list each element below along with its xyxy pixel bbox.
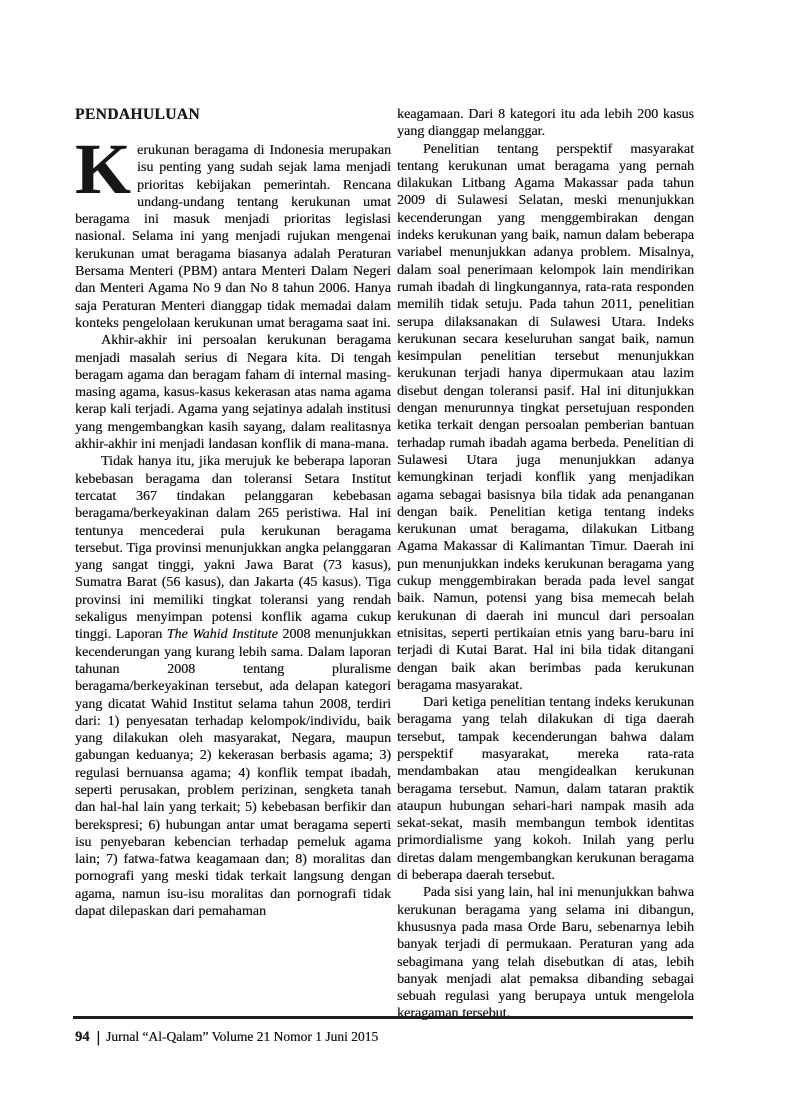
column-right: keagamaan. Dari 8 kategori itu ada lebih… [397, 106, 694, 1023]
drop-cap-letter: K [75, 144, 131, 196]
text-run: 2008 menunjukkan kecenderungan yang kura… [75, 627, 391, 919]
paragraph: Penelitian tentang perspektif masyarakat… [397, 141, 694, 695]
paragraph: Kerukunan beragama di Indonesia merupaka… [75, 142, 391, 332]
section-title: PENDAHULUAN [75, 106, 391, 123]
footer: 94|Jurnal “Al-Qalam” Volume 21 Nomor 1 J… [75, 1029, 695, 1047]
column-left: PENDAHULUAN Kerukunan beragama di Indone… [75, 106, 391, 920]
paragraph: Akhir-akhir ini persoalan kerukunan bera… [75, 332, 391, 453]
page-number: 94 [75, 1029, 90, 1045]
column-right-body: keagamaan. Dari 8 kategori itu ada lebih… [397, 106, 694, 1023]
paragraph: Pada sisi yang lain, hal ini menunjukkan… [397, 884, 694, 1022]
text-run: Akhir-akhir ini persoalan kerukunan bera… [75, 333, 391, 452]
footer-rule [73, 1016, 693, 1019]
journal-info: Jurnal “Al-Qalam” Volume 21 Nomor 1 Juni… [106, 1029, 378, 1044]
scanned-page: PENDAHULUAN Kerukunan beragama di Indone… [0, 0, 785, 1111]
footer-separator: | [97, 1029, 101, 1046]
text-run: Dari ketiga penelitian tentang indeks ke… [397, 695, 694, 883]
column-left-body: Kerukunan beragama di Indonesia merupaka… [75, 142, 391, 920]
paragraph: Dari ketiga penelitian tentang indeks ke… [397, 694, 694, 884]
text-run: keagamaan. Dari 8 kategori itu ada lebih… [397, 107, 694, 139]
paragraph: Tidak hanya itu, jika merujuk ke beberap… [75, 453, 391, 920]
italic-text-run: The Wahid Institute [167, 627, 278, 642]
text-run: Pada sisi yang lain, hal ini menunjukkan… [397, 885, 694, 1021]
text-run: Tidak hanya itu, jika merujuk ke beberap… [75, 454, 391, 642]
paragraph: keagamaan. Dari 8 kategori itu ada lebih… [397, 106, 694, 141]
text-run: Penelitian tentang perspektif masyarakat… [397, 142, 694, 693]
